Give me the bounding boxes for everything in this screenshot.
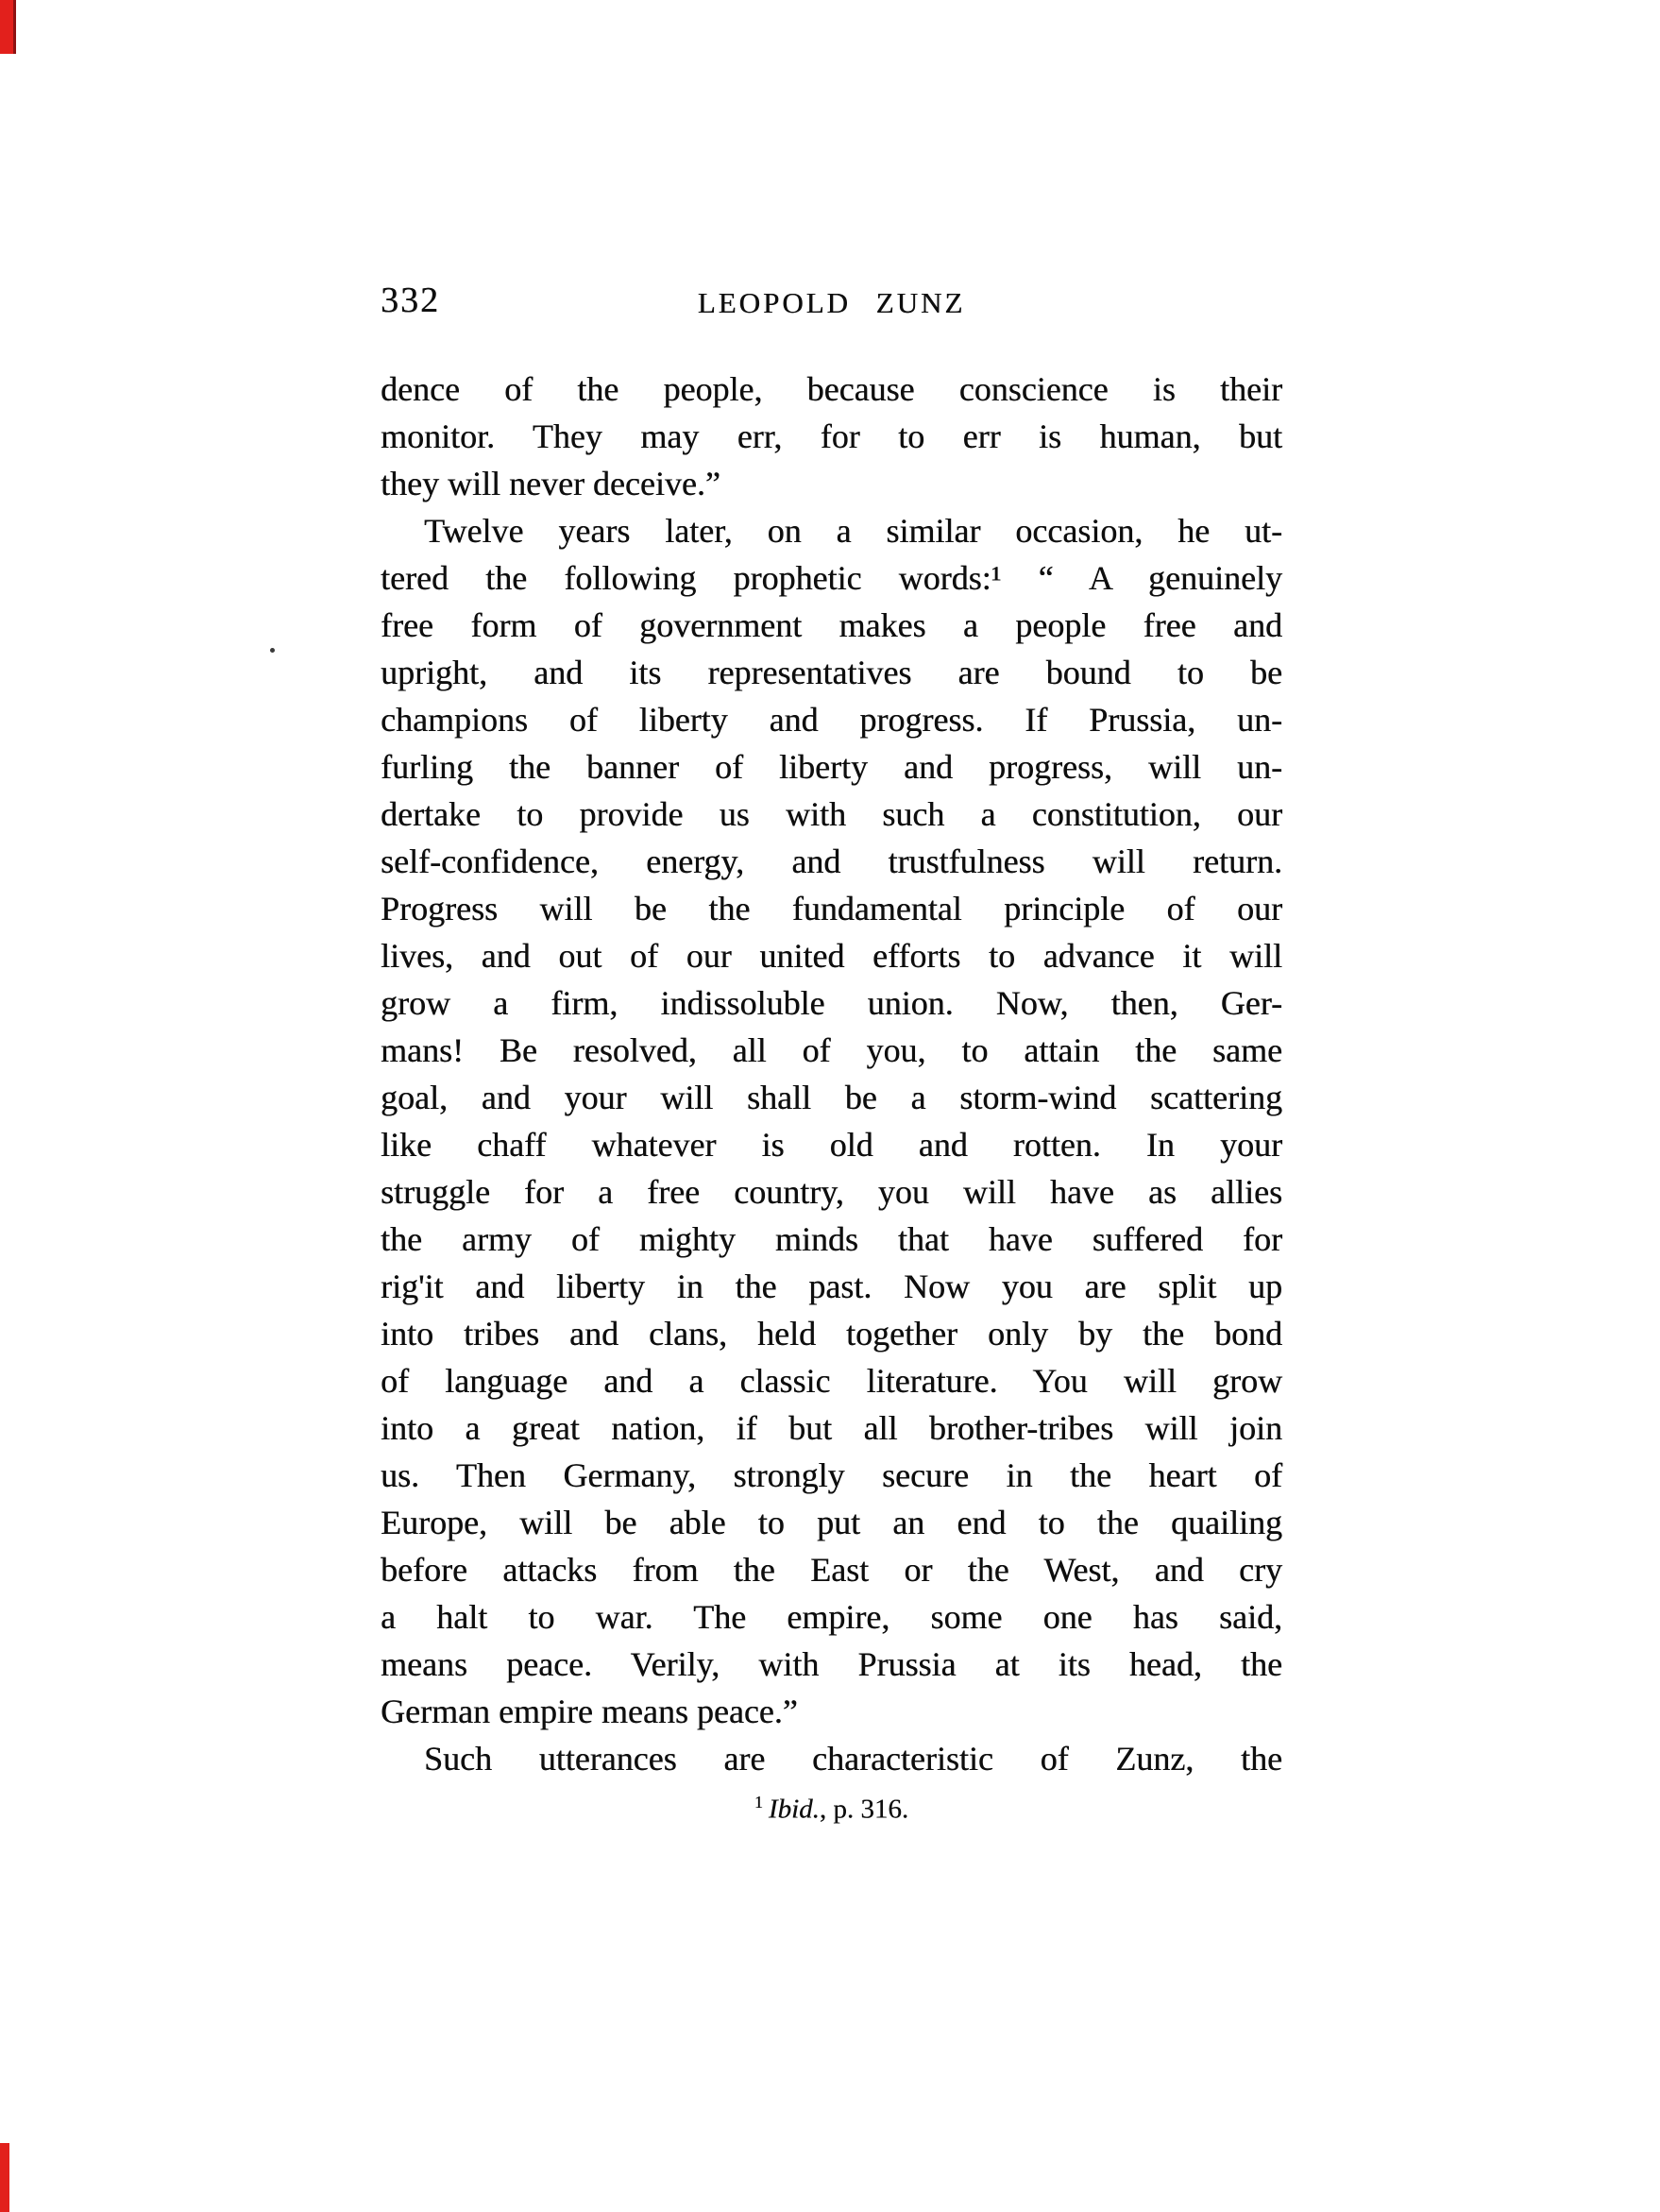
text-line: tered the following prophetic words:¹ “ … xyxy=(381,554,1282,602)
text-line: into tribes and clans, held together onl… xyxy=(381,1310,1282,1357)
text-line: dertake to provide us with such a consti… xyxy=(381,791,1282,838)
footnote: 1Ibid., p. 316. xyxy=(381,1793,1282,1826)
text-line: rig'it and liberty in the past. Now you … xyxy=(381,1263,1282,1310)
scan-artifact-top-left xyxy=(0,0,16,54)
text-line: before attacks from the East or the West… xyxy=(381,1546,1282,1593)
text-line: a halt to war. The empire, some one has … xyxy=(381,1593,1282,1641)
text-line: like chaff whatever is old and rotten. I… xyxy=(381,1121,1282,1168)
ink-speck xyxy=(270,648,275,653)
text-line: monitor. They may err, for to err is hum… xyxy=(381,413,1282,460)
text-line: us. Then Germany, strongly secure in the… xyxy=(381,1452,1282,1499)
book-page: 332 LEOPOLD ZUNZ dence of the people, be… xyxy=(0,0,1660,2212)
text-line: goal, and your will shall be a storm-win… xyxy=(381,1074,1282,1121)
scan-artifact-bottom-left xyxy=(0,2143,9,2212)
text-line: German empire means peace.” xyxy=(381,1688,1282,1735)
footnote-reference: , p. 316. xyxy=(820,1795,908,1825)
text-line: self-confidence, energy, and trustfulnes… xyxy=(381,838,1282,885)
footnote-work-title: Ibid. xyxy=(769,1795,820,1825)
text-line: grow a firm, indissoluble union. Now, th… xyxy=(381,979,1282,1027)
text-line: furling the banner of liberty and progre… xyxy=(381,743,1282,791)
text-line: Such utterances are characteristic of Zu… xyxy=(381,1735,1282,1782)
text-line: the army of mighty minds that have suffe… xyxy=(381,1216,1282,1263)
text-line: means peace. Verily, with Prussia at its… xyxy=(381,1641,1282,1688)
text-line: mans! Be resolved, all of you, to attain… xyxy=(381,1027,1282,1074)
running-header: LEOPOLD ZUNZ xyxy=(381,286,1282,320)
text-line: free form of government makes a people f… xyxy=(381,602,1282,649)
text-line: champions of liberty and progress. If Pr… xyxy=(381,696,1282,743)
text-line: struggle for a free country, you will ha… xyxy=(381,1168,1282,1216)
text-line: dence of the people, because conscience … xyxy=(381,366,1282,413)
text-line: into a great nation, if but all brother-… xyxy=(381,1404,1282,1452)
text-line: of language and a classic literature. Yo… xyxy=(381,1357,1282,1404)
text-line: upright, and its representatives are bou… xyxy=(381,649,1282,696)
text-line: Progress will be the fundamental princip… xyxy=(381,885,1282,932)
text-line: Europe, will be able to put an end to th… xyxy=(381,1499,1282,1546)
text-line: they will never deceive.” xyxy=(381,460,1282,507)
text-line: lives, and out of our united efforts to … xyxy=(381,932,1282,979)
footnote-marker: 1 xyxy=(754,1793,763,1812)
body-text: dence of the people, because conscience … xyxy=(381,366,1282,1782)
text-line: Twelve years later, on a similar occasio… xyxy=(381,507,1282,554)
